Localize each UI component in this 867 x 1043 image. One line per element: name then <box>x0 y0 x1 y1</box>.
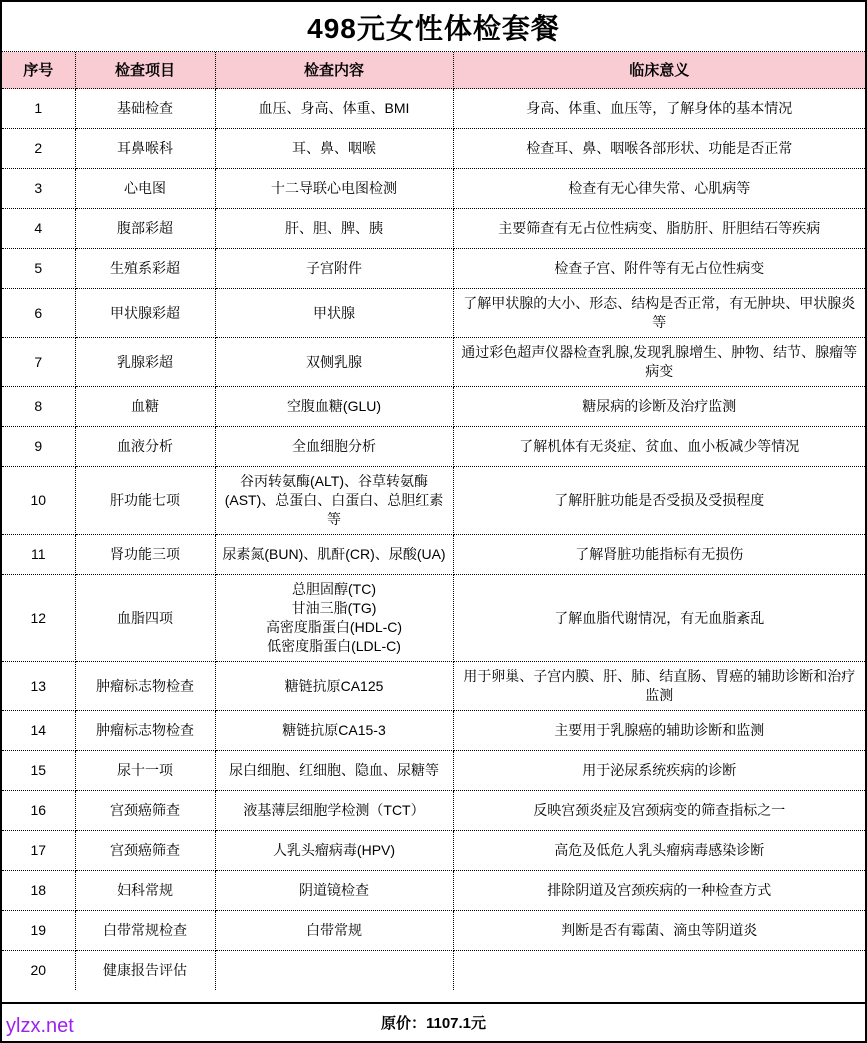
table-row: 1 基础检查 血压、身高、体重、BMI 身高、体重、血压等，了解身体的基本情况 <box>2 89 865 129</box>
clinical-meaning: 主要用于乳腺癌的辅助诊断和监测 <box>453 711 865 751</box>
row-number: 8 <box>2 387 75 427</box>
exam-item: 腹部彩超 <box>75 209 215 249</box>
table-row: 2 耳鼻喉科 耳、鼻、咽喉 检查耳、鼻、咽喉各部形状、功能是否正常 <box>2 129 865 169</box>
row-number: 19 <box>2 911 75 951</box>
clinical-meaning: 高危及低危人乳头瘤病毒感染诊断 <box>453 831 865 871</box>
column-header-item: 检查项目 <box>75 52 215 89</box>
exam-item: 肿瘤标志物检查 <box>75 662 215 711</box>
exam-content: 谷丙转氨酶(ALT)、谷草转氨酶(AST)、总蛋白、白蛋白、总胆红素等 <box>215 467 453 535</box>
clinical-meaning: 用于泌尿系统疾病的诊断 <box>453 751 865 791</box>
header-row: 序号 检查项目 检查内容 临床意义 <box>2 52 865 89</box>
checkup-table: 序号 检查项目 检查内容 临床意义 1 基础检查 血压、身高、体重、BMI 身高… <box>2 52 865 990</box>
exam-item: 耳鼻喉科 <box>75 129 215 169</box>
exam-content: 尿素氮(BUN)、肌酐(CR)、尿酸(UA) <box>215 535 453 575</box>
table-row: 20 健康报告评估 <box>2 951 865 991</box>
table-row: 17 宫颈癌筛查 人乳头瘤病毒(HPV) 高危及低危人乳头瘤病毒感染诊断 <box>2 831 865 871</box>
clinical-meaning: 主要筛查有无占位性病变、脂肪肝、肝胆结石等疾病 <box>453 209 865 249</box>
row-number: 6 <box>2 289 75 338</box>
exam-item: 乳腺彩超 <box>75 338 215 387</box>
exam-item: 白带常规检查 <box>75 911 215 951</box>
table-row: 14 肿瘤标志物检查 糖链抗原CA15-3 主要用于乳腺癌的辅助诊断和监测 <box>2 711 865 751</box>
exam-content: 肝、胆、脾、胰 <box>215 209 453 249</box>
table-row: 13 肿瘤标志物检查 糖链抗原CA125 用于卵巢、子宫内膜、肝、肺、结直肠、胃… <box>2 662 865 711</box>
exam-content: 十二导联心电图检测 <box>215 169 453 209</box>
table-row: 7 乳腺彩超 双侧乳腺 通过彩色超声仪器检查乳腺,发现乳腺增生、肿物、结节、腺瘤… <box>2 338 865 387</box>
exam-content: 人乳头瘤病毒(HPV) <box>215 831 453 871</box>
clinical-meaning: 检查有无心律失常、心肌病等 <box>453 169 865 209</box>
watermark: ylzx.net <box>6 1015 74 1038</box>
clinical-meaning: 用于卵巢、子宫内膜、肝、肺、结直肠、胃癌的辅助诊断和治疗监测 <box>453 662 865 711</box>
exam-content: 糖链抗原CA125 <box>215 662 453 711</box>
row-number: 14 <box>2 711 75 751</box>
exam-content: 液基薄层细胞学检测（TCT） <box>215 791 453 831</box>
row-number: 3 <box>2 169 75 209</box>
footer-bar: 原价：1107.1元 ylzx.net <box>2 1002 865 1041</box>
original-price: 原价：1107.1元 <box>381 1012 486 1033</box>
exam-content: 白带常规 <box>215 911 453 951</box>
clinical-meaning: 了解肝脏功能是否受损及受损程度 <box>453 467 865 535</box>
table-row: 8 血糖 空腹血糖(GLU) 糖尿病的诊断及治疗监测 <box>2 387 865 427</box>
exam-item: 肝功能七项 <box>75 467 215 535</box>
clinical-meaning: 反映宫颈炎症及宫颈病变的筛查指标之一 <box>453 791 865 831</box>
table-row: 18 妇科常规 阴道镜检查 排除阴道及宫颈疾病的一种检查方式 <box>2 871 865 911</box>
row-number: 16 <box>2 791 75 831</box>
exam-content: 空腹血糖(GLU) <box>215 387 453 427</box>
row-number: 12 <box>2 575 75 662</box>
table-row: 12 血脂四项 总胆固醇(TC) 甘油三脂(TG) 高密度脂蛋白(HDL-C) … <box>2 575 865 662</box>
table-row: 5 生殖系彩超 子宫附件 检查子宫、附件等有无占位性病变 <box>2 249 865 289</box>
table-row: 15 尿十一项 尿白细胞、红细胞、隐血、尿糖等 用于泌尿系统疾病的诊断 <box>2 751 865 791</box>
clinical-meaning: 检查耳、鼻、咽喉各部形状、功能是否正常 <box>453 129 865 169</box>
clinical-meaning: 糖尿病的诊断及治疗监测 <box>453 387 865 427</box>
page-title: 498元女性体检套餐 <box>2 2 865 52</box>
row-number: 13 <box>2 662 75 711</box>
column-header-content: 检查内容 <box>215 52 453 89</box>
exam-content: 糖链抗原CA15-3 <box>215 711 453 751</box>
exam-content: 总胆固醇(TC) 甘油三脂(TG) 高密度脂蛋白(HDL-C) 低密度脂蛋白(L… <box>215 575 453 662</box>
exam-item: 血糖 <box>75 387 215 427</box>
row-number: 20 <box>2 951 75 991</box>
row-number: 1 <box>2 89 75 129</box>
exam-item: 妇科常规 <box>75 871 215 911</box>
clinical-meaning: 身高、体重、血压等，了解身体的基本情况 <box>453 89 865 129</box>
exam-item: 甲状腺彩超 <box>75 289 215 338</box>
row-number: 4 <box>2 209 75 249</box>
table-row: 10 肝功能七项 谷丙转氨酶(ALT)、谷草转氨酶(AST)、总蛋白、白蛋白、总… <box>2 467 865 535</box>
clinical-meaning: 了解甲状腺的大小、形态、结构是否正常，有无肿块、甲状腺炎等 <box>453 289 865 338</box>
exam-item: 肿瘤标志物检查 <box>75 711 215 751</box>
table-row: 3 心电图 十二导联心电图检测 检查有无心律失常、心肌病等 <box>2 169 865 209</box>
exam-item: 宫颈癌筛查 <box>75 831 215 871</box>
table-row: 4 腹部彩超 肝、胆、脾、胰 主要筛查有无占位性病变、脂肪肝、肝胆结石等疾病 <box>2 209 865 249</box>
table-row: 6 甲状腺彩超 甲状腺 了解甲状腺的大小、形态、结构是否正常，有无肿块、甲状腺炎… <box>2 289 865 338</box>
column-header-meaning: 临床意义 <box>453 52 865 89</box>
column-header-index: 序号 <box>2 52 75 89</box>
exam-item: 基础检查 <box>75 89 215 129</box>
row-number: 9 <box>2 427 75 467</box>
exam-content: 尿白细胞、红细胞、隐血、尿糖等 <box>215 751 453 791</box>
clinical-meaning: 通过彩色超声仪器检查乳腺,发现乳腺增生、肿物、结节、腺瘤等病变 <box>453 338 865 387</box>
exam-item: 肾功能三项 <box>75 535 215 575</box>
exam-item: 心电图 <box>75 169 215 209</box>
exam-item: 尿十一项 <box>75 751 215 791</box>
exam-content: 耳、鼻、咽喉 <box>215 129 453 169</box>
exam-item: 生殖系彩超 <box>75 249 215 289</box>
exam-content: 全血细胞分析 <box>215 427 453 467</box>
clinical-meaning: 检查子宫、附件等有无占位性病变 <box>453 249 865 289</box>
table-row: 19 白带常规检查 白带常规 判断是否有霉菌、滴虫等阴道炎 <box>2 911 865 951</box>
table-row: 9 血液分析 全血细胞分析 了解机体有无炎症、贫血、血小板减少等情况 <box>2 427 865 467</box>
row-number: 11 <box>2 535 75 575</box>
exam-item: 健康报告评估 <box>75 951 215 991</box>
row-number: 7 <box>2 338 75 387</box>
clinical-meaning: 了解机体有无炎症、贫血、血小板减少等情况 <box>453 427 865 467</box>
exam-content: 子宫附件 <box>215 249 453 289</box>
clinical-meaning: 排除阴道及宫颈疾病的一种检查方式 <box>453 871 865 911</box>
exam-content: 双侧乳腺 <box>215 338 453 387</box>
exam-content: 血压、身高、体重、BMI <box>215 89 453 129</box>
exam-item: 血脂四项 <box>75 575 215 662</box>
table-row: 16 宫颈癌筛查 液基薄层细胞学检测（TCT） 反映宫颈炎症及宫颈病变的筛查指标… <box>2 791 865 831</box>
row-number: 2 <box>2 129 75 169</box>
exam-content: 阴道镜检查 <box>215 871 453 911</box>
clinical-meaning <box>453 951 865 991</box>
checkup-package-sheet: 498元女性体检套餐 序号 检查项目 检查内容 临床意义 1 基础检查 血压、身… <box>0 0 867 1043</box>
exam-item: 血液分析 <box>75 427 215 467</box>
row-number: 10 <box>2 467 75 535</box>
table-row: 11 肾功能三项 尿素氮(BUN)、肌酐(CR)、尿酸(UA) 了解肾脏功能指标… <box>2 535 865 575</box>
exam-content <box>215 951 453 991</box>
row-number: 15 <box>2 751 75 791</box>
clinical-meaning: 判断是否有霉菌、滴虫等阴道炎 <box>453 911 865 951</box>
clinical-meaning: 了解血脂代谢情况，有无血脂紊乱 <box>453 575 865 662</box>
exam-content: 甲状腺 <box>215 289 453 338</box>
row-number: 5 <box>2 249 75 289</box>
row-number: 18 <box>2 871 75 911</box>
row-number: 17 <box>2 831 75 871</box>
clinical-meaning: 了解肾脏功能指标有无损伤 <box>453 535 865 575</box>
exam-item: 宫颈癌筛查 <box>75 791 215 831</box>
